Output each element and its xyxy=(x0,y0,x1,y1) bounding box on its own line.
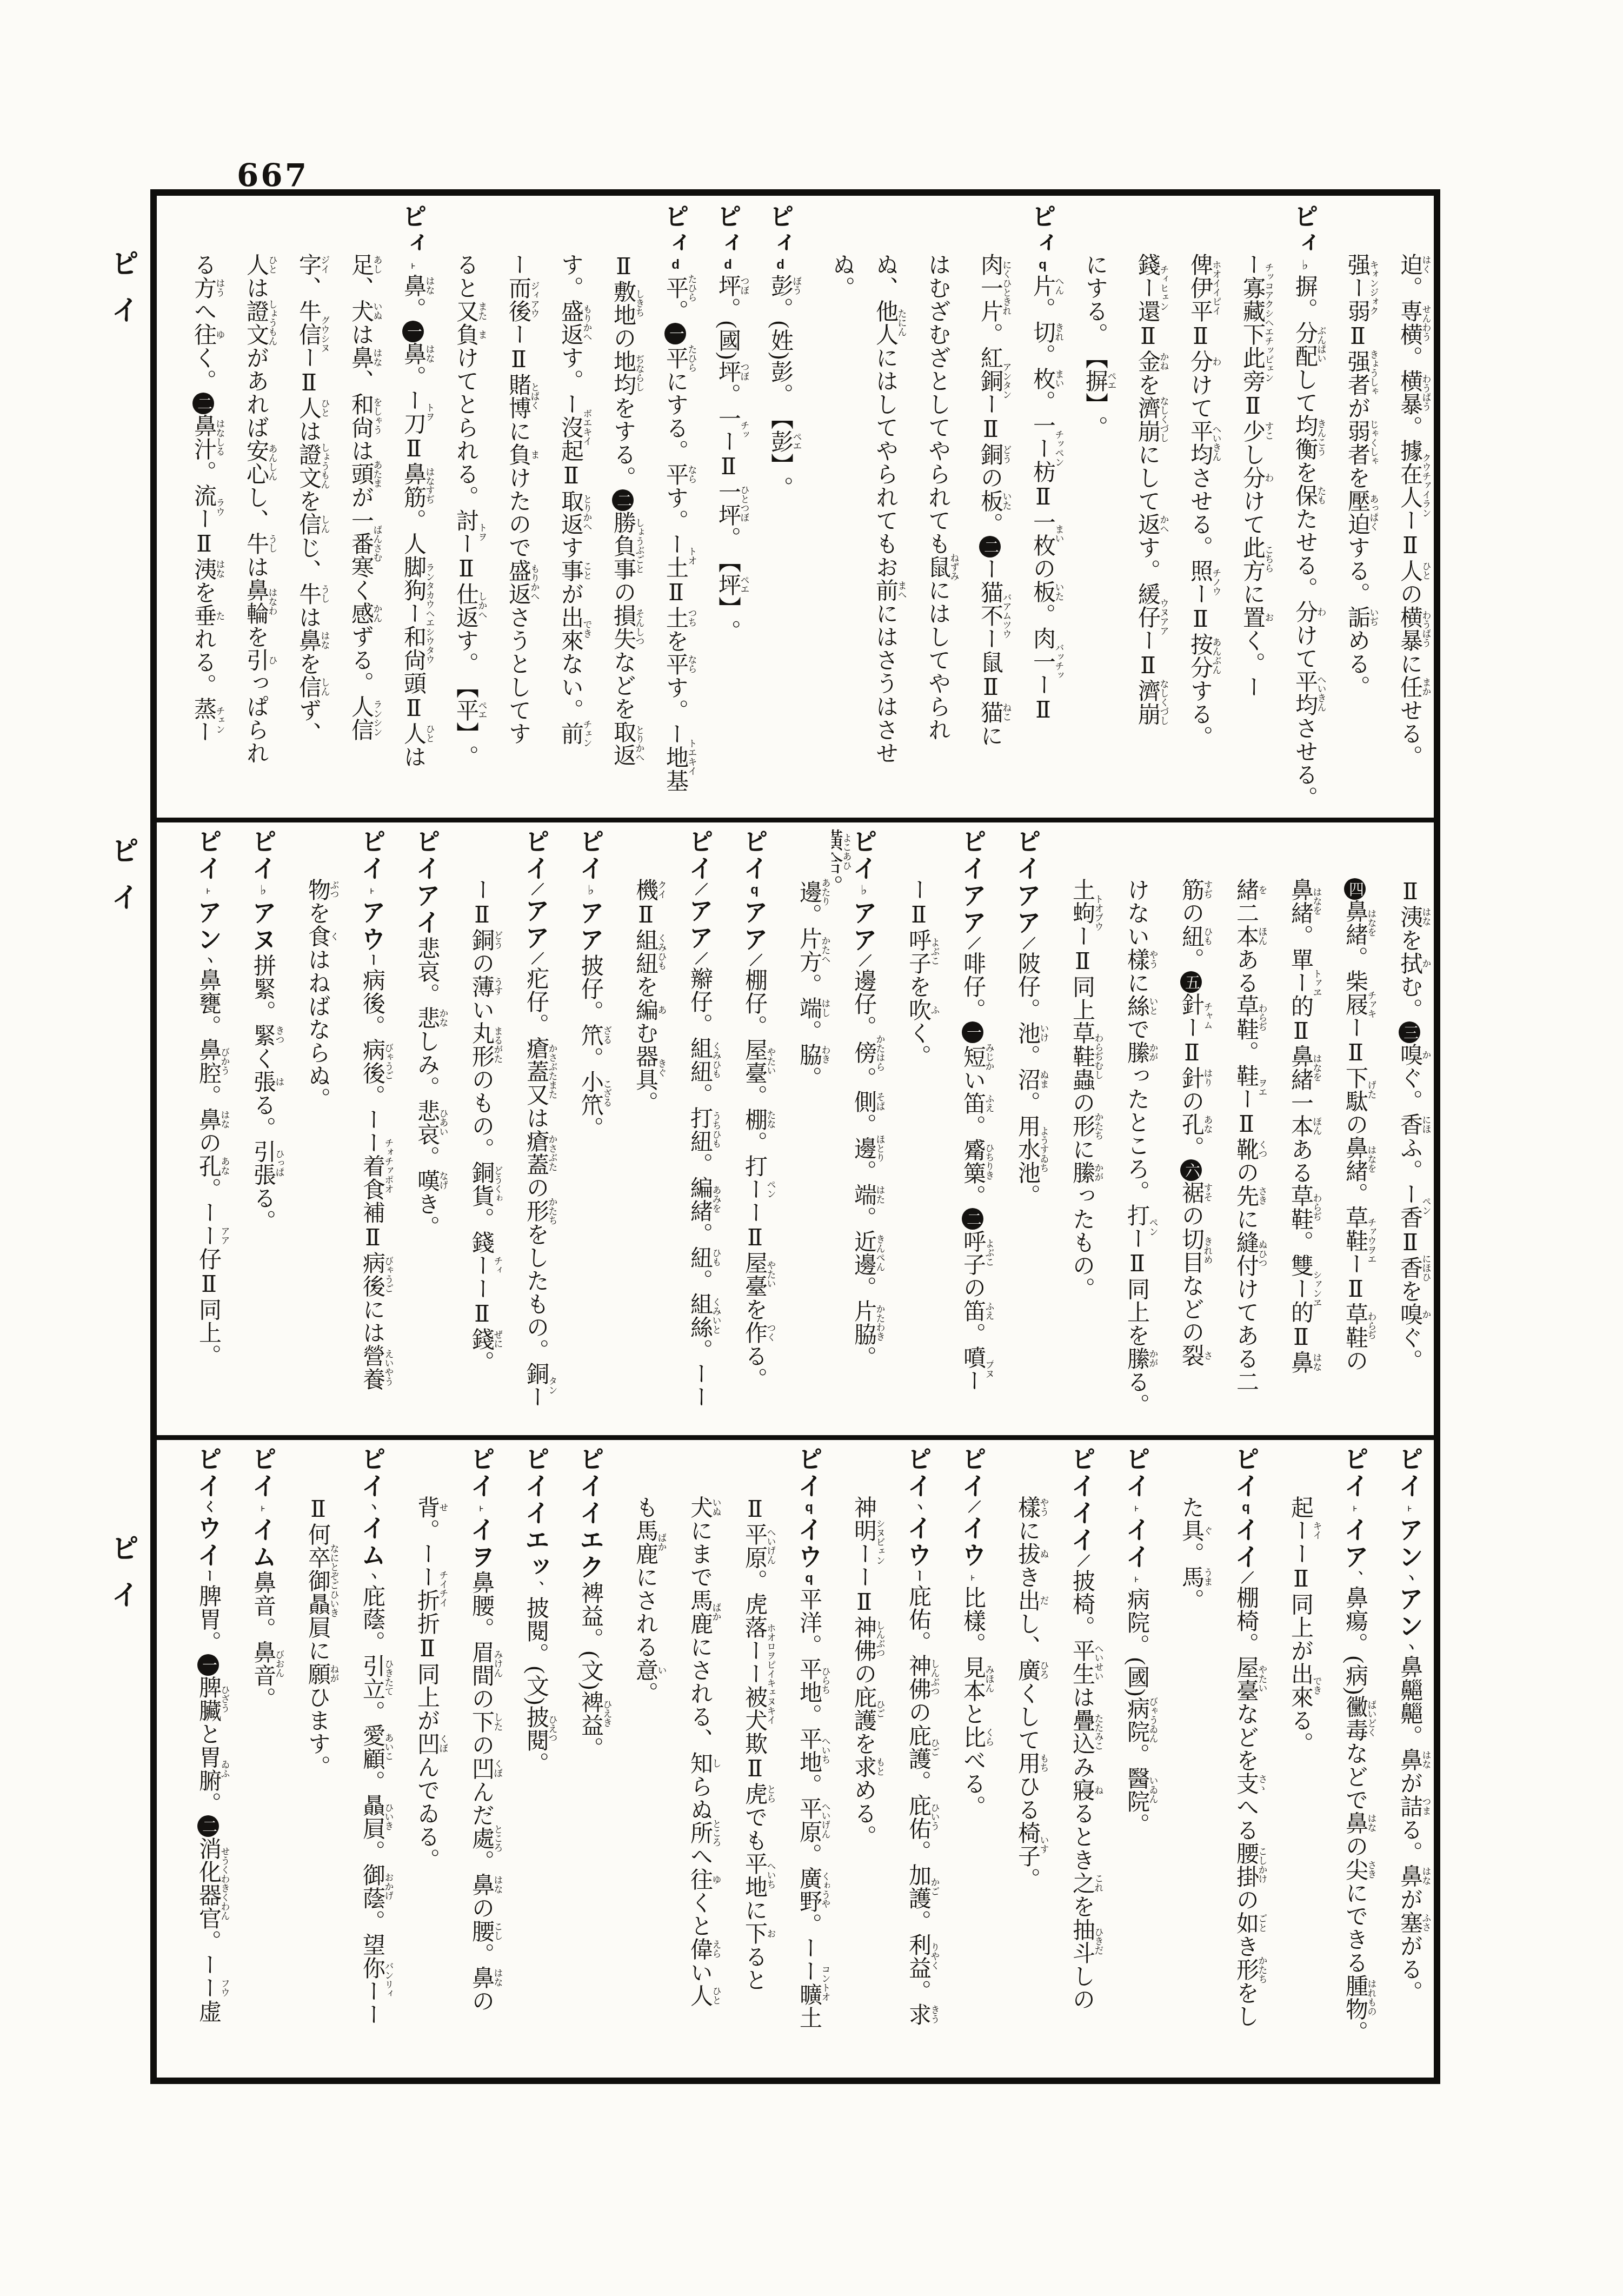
tone-mark: ヽ xyxy=(365,1500,378,1515)
headword: ピイくウイー xyxy=(194,1446,222,1584)
section-number-badge: 二 xyxy=(612,489,634,511)
continuation-column: 土蚼ートオブウⅡ同上草鞋蟲わらぢむしの形かたちに縢かがったもの。 xyxy=(1050,878,1103,1429)
continuation-column: 樣やうに拔ぬき出だし、廣ひろくして用もちひる椅子いす。 xyxy=(995,1496,1048,2072)
tone-mark: ヽ xyxy=(912,1500,924,1515)
headword: ピイ˫アウー xyxy=(358,828,386,968)
tone-mark: ˫ xyxy=(475,1500,488,1517)
entry-column: ピイ♭アヌ拼緊。緊きつく張はる。引張ひっぱる。 xyxy=(231,828,284,1429)
continuation-column: ると又また負まけてとられる。討ートヲⅡ仕返しかへす。【平】ペエ。 xyxy=(434,253,487,812)
headword: ピィq xyxy=(1028,203,1056,274)
continuation-column: 起ーーキイⅡ同上が出來できる。 xyxy=(1268,1496,1321,2072)
section-number-badge: 二 xyxy=(962,1208,983,1230)
headword: ピィ♭ xyxy=(1291,203,1319,275)
tone-mark: ˫ xyxy=(407,257,420,274)
continuation-column: 物ぶつを食くはねばならぬ。 xyxy=(285,878,338,1429)
tone-mark: ／ xyxy=(529,952,542,967)
entry-column: ピイ／アア／疕仔。瘡蓋又かさぶたまたは瘡蓋かさぶたの形かたちをしたもの。銅ータン xyxy=(504,828,557,1429)
entry-column: ピイイエッ、披閱。(文)披閱ひえつ。 xyxy=(504,1446,557,2072)
tone-mark: 、 xyxy=(1348,1571,1361,1586)
tone-mark: ♭ xyxy=(584,882,597,900)
tone-mark: ˫ xyxy=(1130,1571,1143,1588)
continuation-column: 足あし、犬いぬは鼻はな、和尙をしゃうは頭あたまが一番寒ばんさむく感かんずる。人信… xyxy=(329,253,382,812)
section-number-badge: 四 xyxy=(1344,878,1366,900)
continuation-column: 强ー弱キォンジォクⅡ强者きょうしゃが弱者じゃくしゃを壓迫あっぱくする。詬いぢめる… xyxy=(1325,253,1378,812)
headword: ピィd xyxy=(661,203,689,274)
entry-column: ピイqイイ／棚椅。屋臺やたいなどを支さゝへる腰掛こしかけの如ごとき形かたちをし xyxy=(1214,1446,1267,2072)
tone-mark: ／ xyxy=(1021,937,1034,952)
continuation-column: も馬鹿ばかにされる意い。 xyxy=(613,1496,666,2072)
headword: ピイ／アア／ xyxy=(686,828,714,967)
continuation-column: にする。【摒】ペエ。 xyxy=(1063,253,1116,812)
headword: ピイqアア／ xyxy=(740,828,768,968)
continuation-column: 鼻緒はなを。單ー的トァヱⅡ鼻緒はなを一本ぽんある草鞋わらぢ。雙ー的シァンヱⅡ鼻は… xyxy=(1268,878,1321,1429)
tone-mark: ／ xyxy=(1239,1571,1252,1586)
headword: ピイ˫イム xyxy=(249,1446,277,1571)
entry-column: ピイ˫イム鼻音。鼻音びおん。 xyxy=(231,1446,284,2072)
entry-column: ピイ˫イヲ鼻腰。眉間みけんの下したの凹くぼんだ處ところ。鼻はなの腰こし。鼻はなの xyxy=(449,1446,502,2072)
entry-column: ピイ˫アンヽアンヽ鼻齆齆。鼻はなが詰つまる。鼻はなが塞ふさがる。 xyxy=(1378,1446,1431,2072)
headword: ピイイイ／ xyxy=(1068,1446,1096,1569)
headword: ピイアア／ xyxy=(1013,828,1041,952)
tone-mark: ヽ xyxy=(202,953,215,968)
section-number-badge: 二 xyxy=(197,1815,219,1837)
continuation-column: 機クイⅡ組紐くみひもを編あむ器具きぐ。 xyxy=(613,878,666,1429)
headword: ピィd xyxy=(766,203,794,274)
section-number-badge: 二 xyxy=(979,536,1001,558)
page-number: 667 xyxy=(237,157,309,194)
entry-column: ピイイエク裨益。(文)裨益ひえき。 xyxy=(558,1446,611,2072)
tone-mark: ˫ xyxy=(966,1569,979,1586)
continuation-column: けない樣やうに絲いとで縢かがったところ。打ーペンⅡ同上を縢かがる。 xyxy=(1105,878,1158,1429)
headword: ピイ˫アンヽ xyxy=(194,828,222,968)
tone-mark: d xyxy=(774,257,787,274)
continuation-column: Ⅱ何卒御贔屓なにとぞごひいきに願ねがひます。 xyxy=(285,1496,338,2072)
continuation-column: 神明ーーシヌビェンⅡ神佛しんぶつの庇護ひごを求もとめる。 xyxy=(832,1496,884,2072)
continuation-column: 犬いぬにまで馬鹿ばかにされる、知しらぬ所ところへ往ゆくと偉えらい人ひと xyxy=(668,1496,721,2072)
entry-column: ピイqイウq平洋。平地ひらち。平地へいち。平原へいげん。廣野くゎうや。ーー曠土コ… xyxy=(777,1446,830,2072)
tone-mark: ˫ xyxy=(1348,1500,1361,1517)
entry-column: ピィd平たひら。一平たひらにする。平ならす。ー土トオⅡ土つちを平ならす。ー地基ト… xyxy=(643,203,696,812)
entry-column: ピイ／アア／辮仔。組紐くみひも。打紐うちひも。編緒あみを。紐ひも。組絲くみいと。… xyxy=(668,828,721,1429)
section-number-badge: 三 xyxy=(1399,1021,1420,1043)
headword: ピイqイウq xyxy=(795,1446,823,1588)
entry-column: ピイイイ／披椅。平生へいせいは疊込たたみこみ寢ねるとき之これを抽斗ひきだしの xyxy=(1050,1446,1103,2072)
headword: ピイアイ xyxy=(413,828,441,937)
tone-mark: ／ xyxy=(966,937,979,952)
entry-column: ピイ˫イア、鼻瘍。(病)黴毒ばいどくなどで鼻はなの尖さきにできる腫物はれもの。 xyxy=(1323,1446,1376,2072)
entry-column: ピィd坪つぼ。(國)坪つぼ。一ーチッⅡ一坪ひとつぼ。【坪】ペエ。 xyxy=(696,203,749,812)
continuation-column: 背せ。ーー折折チイチイⅡ同上が凹くぼんでゐる。 xyxy=(395,1496,448,2072)
entry-column: ピイ˫アンヽ鼻甕。鼻腔びかう。鼻はなの孔あな。ーー仔アアⅡ同上。 xyxy=(176,828,229,1429)
tone-mark: ˫ xyxy=(256,1500,269,1517)
entry-column: ピィd彭ぼう。(姓)彭。【彭】ペエ。 xyxy=(748,203,801,812)
headword: ピイ／アア／ xyxy=(522,828,550,967)
section-number-badge: 一 xyxy=(402,321,424,342)
entry-column: ピィ˫鼻はな。一鼻はな。ー刀トヲⅡ鼻筋はなすぢ。人脚狗ー和尙頭ランタカウヘエシウ… xyxy=(381,203,434,812)
tone-mark: ／ xyxy=(529,882,542,898)
continuation-column: た具ぐ。馬うま。 xyxy=(1159,1496,1212,2072)
headword: ピイ˫アンヽアンヽ xyxy=(1395,1446,1424,1655)
tone-mark: ˫ xyxy=(365,882,378,899)
tone-mark: ／ xyxy=(748,953,761,968)
section-divider-1 xyxy=(156,818,1435,822)
continuation-column: Ⅱ平原へいげん。虎落ーー被犬欺ホオロヲピイキェヌキイⅡ虎とらでも平地へいちに下お… xyxy=(722,1496,775,2072)
tone-mark: ♭ xyxy=(857,882,870,900)
entry-column: ピイヽイムヽ庇蔭。引立ひきたて。愛顧あいこ。贔屓ひいき。御蔭おかげ。望你ーーバン… xyxy=(340,1446,393,2072)
tone-mark: ヽ xyxy=(1403,1640,1416,1655)
tone-mark: ／ xyxy=(693,952,706,967)
continuation-column: 緒を二本ほんある草鞋わらぢ。鞋ーヲエⅡ靴くつの先さきに縫付ぬひつけてある二 xyxy=(1214,878,1267,1429)
dictionary-section-1: 迫はく。専横せんわう。横暴わうばう。據在人ークウチァイランⅡ人ひとの横暴わうばう… xyxy=(157,203,1434,812)
continuation-column: はむざむざとしてやられても鼠ねずみにはしてやられ xyxy=(906,253,959,812)
entry-column: ピイくウイー脾胃。一脾臟ひざうと胃腑ゐふ。二消化器官せうくわきくわん。ーー虚フウ xyxy=(176,1446,229,2072)
headword: ピイアア／ xyxy=(959,828,987,952)
continuation-column: ーⅡ銅どうの薄うすい丸形まるがたのもの。銅貨どうくゎ。錢ーーチィⅡ錢ぜに。 xyxy=(449,878,502,1429)
section-divider-2 xyxy=(156,1435,1435,1440)
entry-column: ピイqアア／棚仔。屋臺やたい。棚たな。打ーーペンⅡ屋臺やたいを作つくる。 xyxy=(722,828,775,1429)
entry-column: ピイ˫イイ˫病院。(國)病院びゃうゐん。醫院いゐん。 xyxy=(1105,1446,1158,2072)
tone-mark: q xyxy=(802,1571,815,1588)
continuation-column: 錢ー還チィヒェンⅡ金かねを濟崩なしくづしにして返かへす。緩仔ーウヌアアⅡ濟崩なし… xyxy=(1115,253,1168,812)
continuation-column: 人ひとは證文しょうもんがあれば安心あんしんし、牛うしは鼻輪はなわを引ひっぱられ xyxy=(224,253,277,812)
entry-column: ピイアイ悲哀。悲かなしみ。悲哀ひあい。嘆なげき。 xyxy=(395,828,448,1429)
continuation-column: 字ジイ、牛信ーグウシヌⅡ人ひとは證文しょうもんを信しんじ、牛うしは鼻はなを信しん… xyxy=(276,253,329,812)
tone-mark: ー xyxy=(912,1569,924,1584)
continuation-column: す。盛返もりかへす。ー沒起ボエキイⅡ取返とりかへす事ことが出來できない。前チェン xyxy=(538,253,591,812)
headword: ピイ˫イヲ xyxy=(467,1446,495,1571)
section-number-badge: 一 xyxy=(962,1021,983,1043)
tone-mark: ♭ xyxy=(256,882,269,900)
entry-column: ピイ／イウ˫比樣。見本みほんと比くらべる。 xyxy=(941,1446,994,2072)
tone-mark: d xyxy=(721,257,734,274)
tone-mark: ヽ xyxy=(365,1569,378,1584)
headword: ピィd xyxy=(714,203,742,274)
tone-mark: q xyxy=(1239,1500,1252,1517)
tone-mark: ／ xyxy=(1075,1554,1088,1569)
headword: ピイqイイ／ xyxy=(1232,1446,1260,1586)
entry-column: ピイ♭アア披仔。笊ざる。小笊こざる。 xyxy=(558,828,611,1429)
dictionary-section-3: ピイ˫アンヽアンヽ鼻齆齆。鼻はなが詰つまる。鼻はなが塞ふさがる。ピイ˫イア、鼻瘍… xyxy=(157,1446,1434,2072)
section-number-badge: 一 xyxy=(197,1654,219,1676)
tone-mark: ／ xyxy=(966,1500,979,1515)
headword: ピイ／イウ˫ xyxy=(959,1446,987,1586)
margin-guide-word-1: ピイ xyxy=(105,249,143,342)
tone-mark: 、 xyxy=(529,1581,542,1596)
tone-mark: ー xyxy=(365,953,378,968)
tone-mark: ˫ xyxy=(1403,1500,1416,1517)
continuation-column: ー而後ージィアウⅡ賭博とばくに負まけたので盛返もりかへさうとしてす xyxy=(486,253,539,812)
entry-column: ピイ♭アア／邊仔。傍かたはら。側そば。邊ほとり。端はた。近邊きんぺん。片脇かたわ… xyxy=(832,828,884,1429)
section-number-badge: 二 xyxy=(192,393,214,414)
margin-guide-word-3: ピイ xyxy=(105,1534,143,1627)
entry-column: ピイアア／陂仔。池いけ。沼ぬま。用水池ようすゐち。 xyxy=(995,828,1048,1429)
continuation-column: Ⅱ敷地しきちの地均ぢならしをする。二勝負事しょうぶごとの損失そんしつなどを取返と… xyxy=(591,253,644,812)
entry-column: ピイヽイウー庇佑。神佛しんぶつの庇護ひご。庇佑ひいう。加護かご。利益りやく。求き… xyxy=(886,1446,939,2072)
continuation-column: 迫はく。専横せんわう。横暴わうばう。據在人ークウチァイランⅡ人ひとの横暴わうばう… xyxy=(1378,253,1431,812)
tone-mark: ♭ xyxy=(1298,257,1311,275)
headword: ピイ♭アア xyxy=(576,828,604,954)
section-number-badge: 五 xyxy=(1180,971,1202,993)
headword: ピイヽイウー xyxy=(904,1446,932,1584)
headword: ピイイエク xyxy=(576,1446,604,1581)
continuation-column: ぬ。 xyxy=(801,253,854,812)
dictionary-section-2: Ⅱ洟はなを拭かむ。三嗅かぐ。香にほふ。ー香ペンⅡ香にほひを嗅かぐ。四鼻緒はなを。… xyxy=(157,828,1434,1429)
tone-mark: ／ xyxy=(857,954,870,969)
tone-mark: q xyxy=(802,1500,815,1517)
continuation-column: る方はうへ往ゆく。二鼻汁はなしる。流ーラウⅡ洟はなを垂たれる。蒸ーチェン xyxy=(171,253,224,812)
continuation-column: ー寡藏下此旁チッコアクシヘエチッピェンⅡ少すこし分わけて此方こちらに置おく。ー xyxy=(1220,253,1273,812)
headword: ピイ˫イア、 xyxy=(1341,1446,1369,1586)
headword: ピィ˫ xyxy=(399,203,427,274)
tone-mark: d xyxy=(669,257,682,274)
entry-column: ピイアア／啡仔。一短みじかい笛ふえ。觱篥ひちりき。二呼子よぶこの笛ふえ。噴ープヌ xyxy=(941,828,994,1429)
tone-mark: q xyxy=(1036,257,1049,274)
headword: ピイ˫イイ˫ xyxy=(1122,1446,1150,1588)
headword: ピイ♭アア／ xyxy=(849,828,877,969)
section-number-badge: 一 xyxy=(664,323,686,344)
margin-guide-word-2: ピイ xyxy=(105,836,143,929)
tone-mark: ー xyxy=(202,1569,215,1584)
tone-mark: ˫ xyxy=(202,882,215,899)
continuation-column: Ⅱ洟はなを拭かむ。三嗅かぐ。香にほふ。ー香ペンⅡ香にほひを嗅かぐ。 xyxy=(1378,878,1431,1429)
continuation-column: 邊あたり。片方かたへ。端はし。脇わき。 xyxy=(777,878,830,1429)
section-number-badge: 六 xyxy=(1180,1159,1202,1181)
continuation-column: 筋すぢの紐ひも。五針ーチャムⅡ針はりの孔あな。六裾すその切目きれめなどの裂さ xyxy=(1159,878,1212,1429)
headword: ピイイエッ、 xyxy=(522,1446,550,1596)
headword: ピイヽイムヽ xyxy=(358,1446,386,1584)
continuation-column: 俾伊平ホオイイピイⅡ分わけて平均へいきんさせる。照ーチノウⅡ按分あんぶんする。 xyxy=(1168,253,1221,812)
entry-column: ピイ˫アウー病後。病後びゃうご。ーー着食補チォチァポオⅡ病後びゃうごには營養えい… xyxy=(340,828,393,1429)
entry-column: ピィ♭摒。分配ぶんぱいして均衡きんこうを保たもたせる。分わけて平均へいきんさせる… xyxy=(1273,203,1326,812)
entry-column: ピィq片へん。切きれ。枚まい。一ー枋チッペンⅡ一枚まいの板いた。肉一ーバッチッⅡ xyxy=(1010,203,1063,812)
headword: ピイ♭アヌ xyxy=(249,828,277,954)
tone-mark: ˫ xyxy=(1130,1500,1143,1517)
tone-mark: ／ xyxy=(693,882,706,898)
tone-mark: q xyxy=(748,882,761,899)
content-frame: 迫はく。専横せんわう。横暴わうばう。據在人ークウチァイランⅡ人ひとの横暴わうばう… xyxy=(150,189,1440,2084)
continuation-column: 肉一片にくひときれ。紅銅ーアンタンⅡ銅どうの板いた。二ー猫不ー鼠バアムツウⅡ猫ね… xyxy=(958,253,1011,812)
continuation-column: ーⅡ呼子よぶこを吹ふく。 xyxy=(886,878,939,1429)
tone-mark: ヽ xyxy=(1403,1571,1416,1586)
tone-mark: く xyxy=(202,1500,215,1515)
continuation-column: ぬ、他人たにんにはしてやられてもお前まへにはさうはさせ xyxy=(853,253,906,812)
continuation-column: 四鼻緒はなを。柴屐ーチァキⅡ下駄げたの鼻緒はなを。草鞋ーチァウヲエⅡ草鞋わらぢの xyxy=(1323,878,1376,1429)
